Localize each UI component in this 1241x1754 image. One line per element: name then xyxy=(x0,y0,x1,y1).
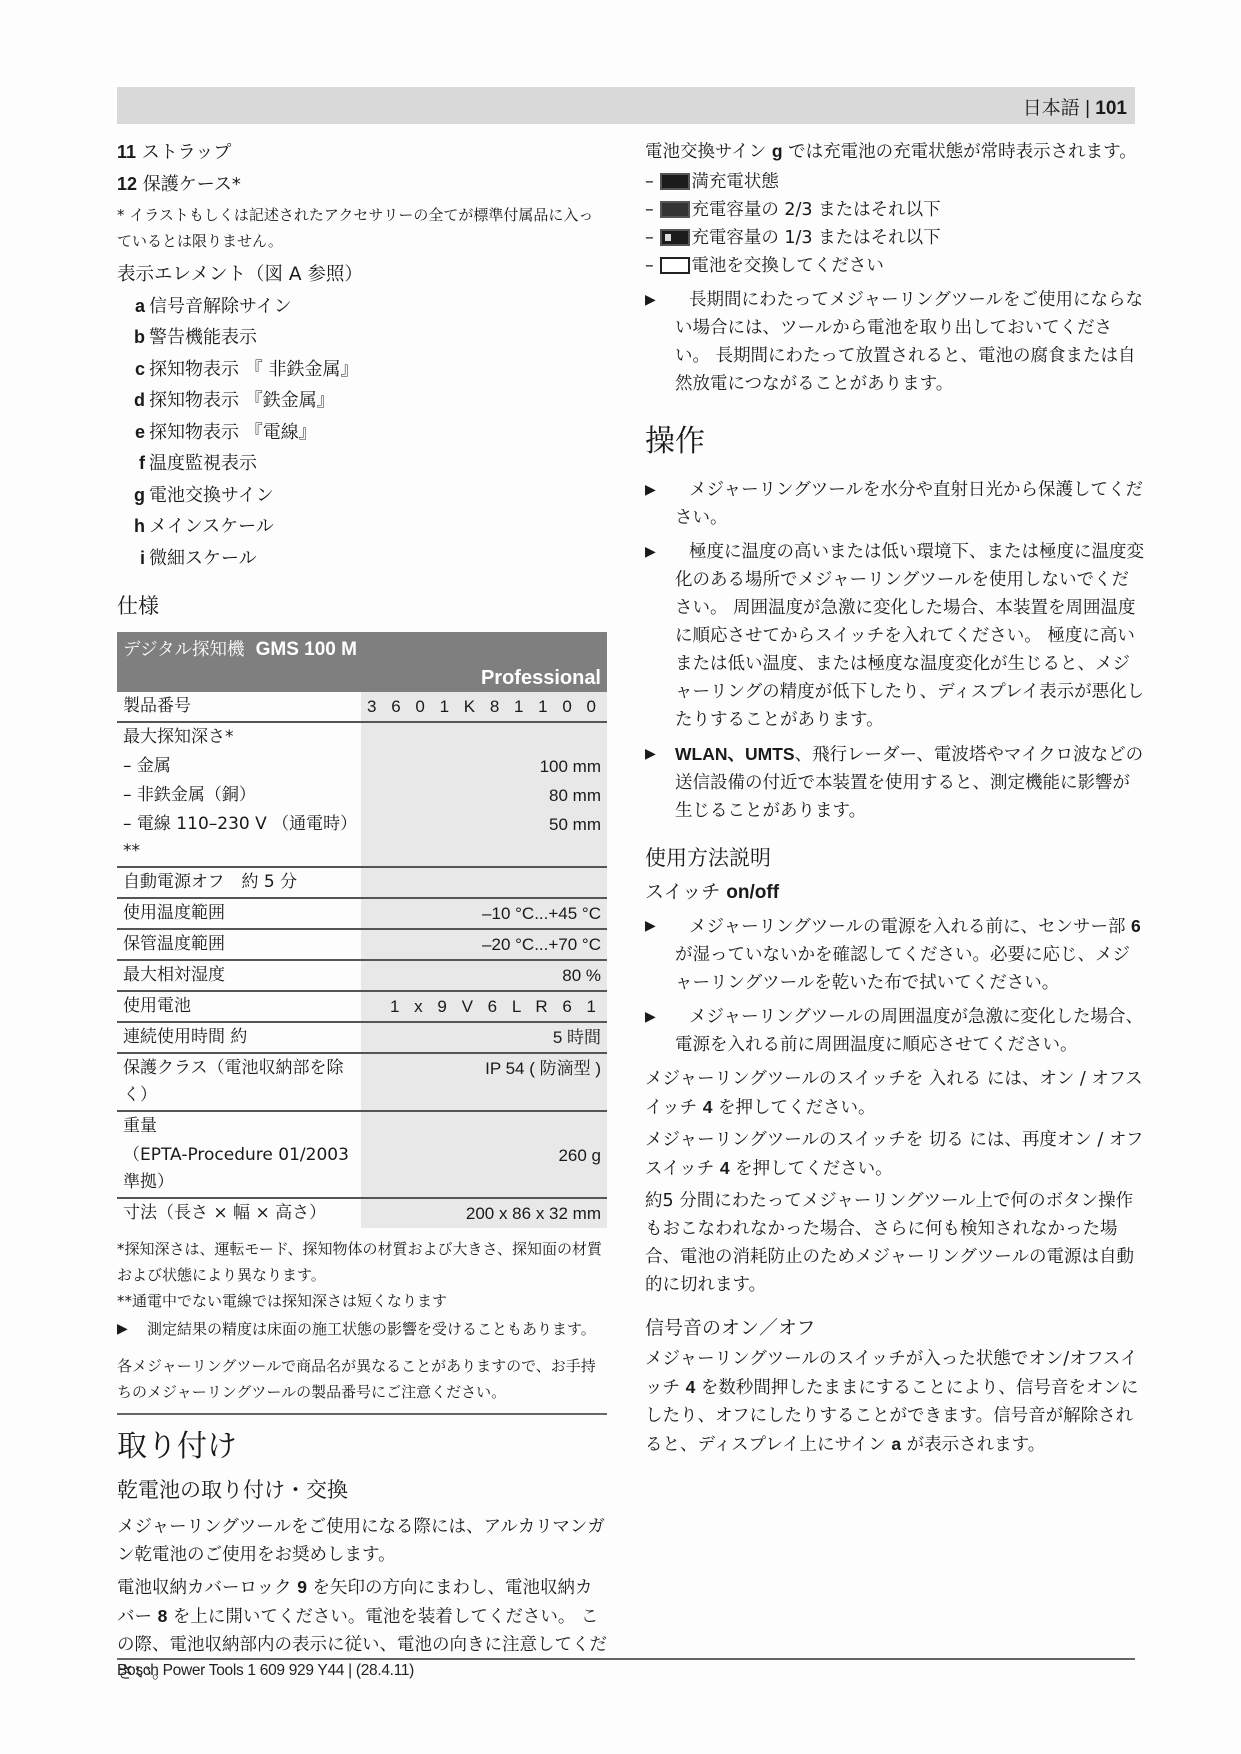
battery-install-title: 乾電池の取り付け・交換 xyxy=(117,1473,607,1507)
battery-sign-intro: 電池交換サイン g では充電池の充電状態が常時表示されます。 xyxy=(645,137,1145,166)
triangle-bullet-icon: ▶ xyxy=(645,912,656,940)
spec-table: デジタル探知機 GMS 100 M Professional 製品番号3 6 0… xyxy=(117,632,607,1228)
triangle-bullet-icon: ▶ xyxy=(645,286,656,314)
battery-recommendation: メジャーリングツールをご使用になる際には、アルカリマンガン乾電池のご使用をお奨め… xyxy=(117,1513,607,1569)
display-element-item: e探知物表示 『電線』 xyxy=(131,417,607,449)
display-element-item: b警告機能表示 xyxy=(131,322,607,354)
battery-state-item: – 電池を交換してください xyxy=(645,252,1145,280)
battery-state-item: – 充電容量の 1/3 またはそれ以下 xyxy=(645,224,1145,252)
spec-row: 製品番号3 6 0 1 K 8 1 1 0 0 xyxy=(117,692,607,722)
battery-two-thirds-icon xyxy=(660,201,690,218)
part-item: 11 ストラップ xyxy=(117,137,607,169)
footnote-depth: *探知深さは、運転モード、探知物体の材質および大きさ、探知面の材質および状態によ… xyxy=(117,1236,607,1288)
page-number: 101 xyxy=(1095,98,1127,119)
long-storage-warning: ▶ 長期間にわたってメジャーリングツールをご使用にならない場合には、ツールから電… xyxy=(645,286,1145,398)
triangle-bullet-icon: ▶ xyxy=(645,1003,656,1031)
switch-title: スイッチ on/off xyxy=(645,877,1145,908)
product-name-note: 各メジャーリングツールで商品名が異なることがありますので、お手持ちのメジャーリン… xyxy=(117,1353,607,1405)
spec-product-name: デジタル探知機 GMS 100 M xyxy=(123,640,357,660)
spec-section-title: 仕様 xyxy=(117,590,607,622)
triangle-bullet-icon: ▶ xyxy=(645,476,656,504)
spec-row: 保護クラス（電池収納部を除く）IP 54 ( 防滴型 ) xyxy=(117,1053,607,1111)
part-item: 12 保護ケース* xyxy=(117,169,607,201)
spec-row: 使用温度範囲–10 °C...+45 °C xyxy=(117,898,607,929)
wlan-warning: ▶ WLAN、UMTS、飛行レーダー、電波塔やマイクロ波などの送信設備の付近で本… xyxy=(645,740,1145,825)
spec-row: 連続使用時間 約5 時間 xyxy=(117,1022,607,1053)
spec-row: 最大相対湿度80 % xyxy=(117,960,607,991)
switch-warning: ▶ メジャーリングツールの周囲温度が急激に変化した場合、電源を入れる前に周囲温度… xyxy=(645,1003,1145,1059)
footer-divider xyxy=(117,1658,1135,1660)
display-element-item: hメインスケール xyxy=(131,511,607,543)
display-element-item: f温度監視表示 xyxy=(131,448,607,480)
op-warning: ▶ 極度に温度の高いまたは低い環境下、または極度に温度変化のある場所でメジャーリ… xyxy=(645,538,1145,734)
signal-title: 信号音のオン／オフ xyxy=(645,1313,1145,1343)
spec-series: Professional xyxy=(123,661,601,690)
triangle-bullet-icon: ▶ xyxy=(645,740,656,768)
divider xyxy=(117,1413,607,1415)
battery-states-list: – 満充電状態 – 充電容量の 2/3 またはそれ以下 – 充電容量の 1/3 … xyxy=(645,168,1145,280)
right-column: 電池交換サイン g では充電池の充電状態が常時表示されます。 – 満充電状態 –… xyxy=(645,137,1145,1459)
battery-empty-icon xyxy=(660,257,690,274)
battery-one-third-icon xyxy=(660,229,690,246)
footer-text: Bosch Power Tools 1 609 929 Y44 | (28.4.… xyxy=(117,1662,414,1680)
accuracy-warning: ▶ 測定結果の精度は床面の施工状態の影響を受けることもあります。 xyxy=(117,1314,607,1345)
page-header: 日本語 | 101 xyxy=(117,87,1135,124)
accessory-note: * イラストもしくは記述されたアクセサリーの全てが標準付属品に入っているとは限り… xyxy=(117,202,607,254)
display-element-item: c探知物表示 『 非鉄金属』 xyxy=(131,354,607,386)
spec-row: 使用電池1 x 9 V 6 L R 6 1 xyxy=(117,991,607,1022)
spec-row: 保管温度範囲–20 °C...+70 °C xyxy=(117,929,607,960)
header-language: 日本語 xyxy=(1023,98,1080,119)
spec-row: （EPTA-Procedure 01/2003 準拠）260 g xyxy=(117,1141,607,1198)
spec-row: 重量 xyxy=(117,1111,607,1141)
usage-title: 使用方法説明 xyxy=(645,841,1145,875)
display-element-item: d探知物表示 『鉄金属』 xyxy=(131,385,607,417)
parts-list: 11 ストラップ 12 保護ケース* xyxy=(117,137,607,200)
header-text: 日本語 | 101 xyxy=(1023,93,1127,120)
spec-row: 寸法（長さ × 幅 × 高さ）200 x 86 x 32 mm xyxy=(117,1198,607,1228)
switch-on-instruction: メジャーリングツールのスイッチを 入れる には、オン / オフスイッチ 4 を押… xyxy=(645,1065,1145,1122)
spec-row: – 非鉄金属（銅）80 mm xyxy=(117,781,607,810)
auto-off-description: 約5 分間にわたってメジャーリングツール上で何のボタン操作もおこなわれなかった場… xyxy=(645,1187,1145,1299)
switch-warning: ▶ メジャーリングツールの電源を入れる前に、センサー部 6 が湿っていないかを確… xyxy=(645,912,1145,997)
installation-title: 取り付け xyxy=(117,1425,607,1469)
spec-row: 最大探知深さ* xyxy=(117,722,607,752)
left-column: 11 ストラップ 12 保護ケース* * イラストもしくは記述されたアクセサリー… xyxy=(117,137,607,1687)
signal-description: メジャーリングツールのスイッチが入った状態でオン/オフスイッチ 4 を数秒間押し… xyxy=(645,1345,1145,1459)
triangle-bullet-icon: ▶ xyxy=(117,1314,128,1344)
display-elements-title: 表示エレメント（図 A 参照） xyxy=(117,260,607,291)
spec-row: 自動電源オフ 約 5 分 xyxy=(117,867,607,898)
display-element-item: g電池交換サイン xyxy=(131,480,607,512)
battery-state-item: – 満充電状態 xyxy=(645,168,1145,196)
spec-row: – 電線 110–230 V （通電時）**50 mm xyxy=(117,810,607,867)
battery-state-item: – 充電容量の 2/3 またはそれ以下 xyxy=(645,196,1145,224)
display-element-item: i微細スケール xyxy=(131,543,607,575)
header-separator: | xyxy=(1085,98,1090,119)
battery-full-icon xyxy=(660,173,690,190)
display-elements-list: a信号音解除サイン b警告機能表示 c探知物表示 『 非鉄金属』 d探知物表示 … xyxy=(117,291,607,575)
operation-title: 操作 xyxy=(645,420,1145,464)
display-element-item: a信号音解除サイン xyxy=(131,291,607,323)
footnote-wire: **通電中でない電線では探知深さは短くなります xyxy=(117,1288,607,1314)
triangle-bullet-icon: ▶ xyxy=(645,538,656,566)
spec-row: – 金属100 mm xyxy=(117,752,607,781)
switch-off-instruction: メジャーリングツールのスイッチを 切る には、再度オン / オフスイッチ 4 を… xyxy=(645,1126,1145,1183)
op-warning: ▶ メジャーリングツールを水分や直射日光から保護してください。 xyxy=(645,476,1145,532)
spec-table-header: デジタル探知機 GMS 100 M Professional xyxy=(117,632,607,692)
